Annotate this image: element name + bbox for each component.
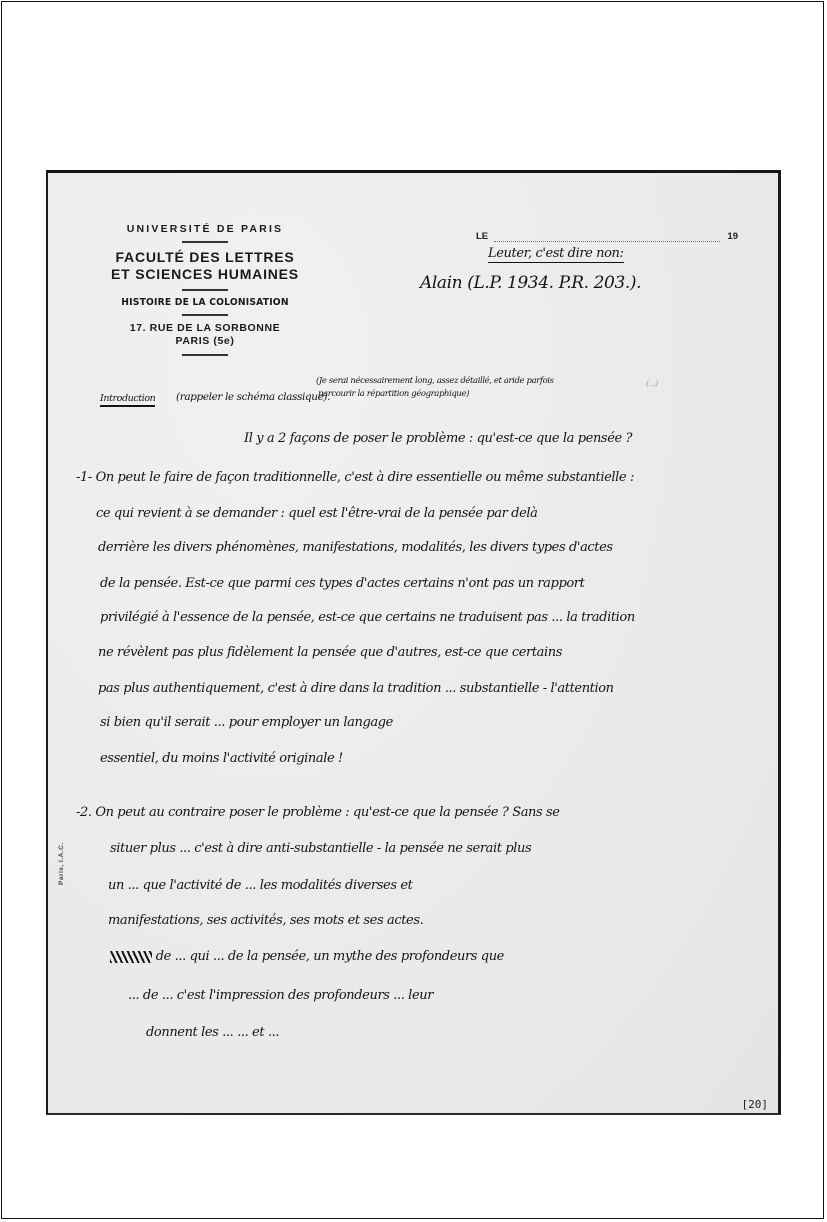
letterhead-faculty-line2: ET SCIENCES HUMAINES (110, 266, 300, 283)
intro-note-bottom: parcourir la répartition géographique) (318, 389, 469, 399)
manuscript-line: derrière les divers phénomènes, manifest… (98, 540, 613, 555)
manuscript-line: donnent les ... ... et ... (146, 1025, 279, 1040)
scanned-manuscript-page: UNIVERSITÉ DE PARIS FACULTÉ DES LETTRES … (46, 170, 781, 1115)
intro-label: Introduction (100, 393, 155, 404)
page-number: [20] (742, 1098, 769, 1111)
main-question: Il y a 2 façons de poser le problème : q… (244, 431, 632, 446)
letterhead: UNIVERSITÉ DE PARIS FACULTÉ DES LETTRES … (110, 223, 300, 362)
manuscript-line: -1- On peut le faire de façon traditionn… (76, 470, 634, 485)
letterhead-divider (182, 289, 228, 291)
letterhead-address-line2: PARIS (5e) (110, 335, 300, 348)
manuscript-line: pas plus authentiquement, c'est à dire d… (98, 681, 614, 696)
letterhead-faculty-line1: FACULTÉ DES LETTRES (110, 249, 300, 266)
manuscript-line: un ... que l'activité de ... les modalit… (108, 878, 412, 893)
letterhead-divider (182, 241, 228, 243)
manuscript-line: de la pensée. Est-ce que parmi ces types… (100, 576, 584, 591)
header-note-line1: Leuter, c'est dire non: (488, 246, 624, 261)
header-note-line2: Alain (L.P. 1934. P.R. 203.). (420, 273, 641, 293)
date-prefix: LE (476, 231, 488, 242)
intro-parenthetical: (rappeler le schéma classique). (176, 391, 330, 403)
letterhead-address-line1: 17. RUE DE LA SORBONNE (110, 322, 300, 335)
date-year-prefix: 19 (727, 231, 738, 242)
manuscript-line: ce qui revient à se demander : quel est … (96, 506, 538, 521)
manuscript-line: si bien qu'il serait ... pour employer u… (100, 715, 393, 730)
faint-pencil-note: (...) (646, 379, 658, 388)
manuscript-line: -2. On peut au contraire poser le problè… (76, 805, 560, 820)
letterhead-university: UNIVERSITÉ DE PARIS (110, 223, 300, 235)
letterhead-department: HISTOIRE DE LA COLONISATION (118, 297, 293, 308)
manuscript-line: ne révèlent pas plus fidèlement la pensé… (98, 645, 562, 660)
manuscript-line: de ... qui ... de la pensée, un mythe de… (110, 949, 504, 964)
intro-note-top: (Je serai nécessairement long, assez dét… (316, 376, 554, 386)
crossed-out-word (110, 951, 152, 963)
letterhead-divider (182, 314, 228, 316)
letterhead-divider (182, 354, 228, 356)
manuscript-line: privilégié à l'essence de la pensée, est… (100, 610, 635, 625)
manuscript-line: manifestations, ses activités, ses mots … (108, 913, 423, 928)
manuscript-line: situer plus ... c'est à dire anti-substa… (110, 841, 531, 856)
margin-note: Paris, I.A.C. (58, 842, 65, 885)
manuscript-line: essentiel, du moins l'activité originale… (100, 751, 343, 766)
date-dotted-line (494, 241, 720, 242)
manuscript-line: ... de ... c'est l'impression des profon… (128, 988, 433, 1003)
